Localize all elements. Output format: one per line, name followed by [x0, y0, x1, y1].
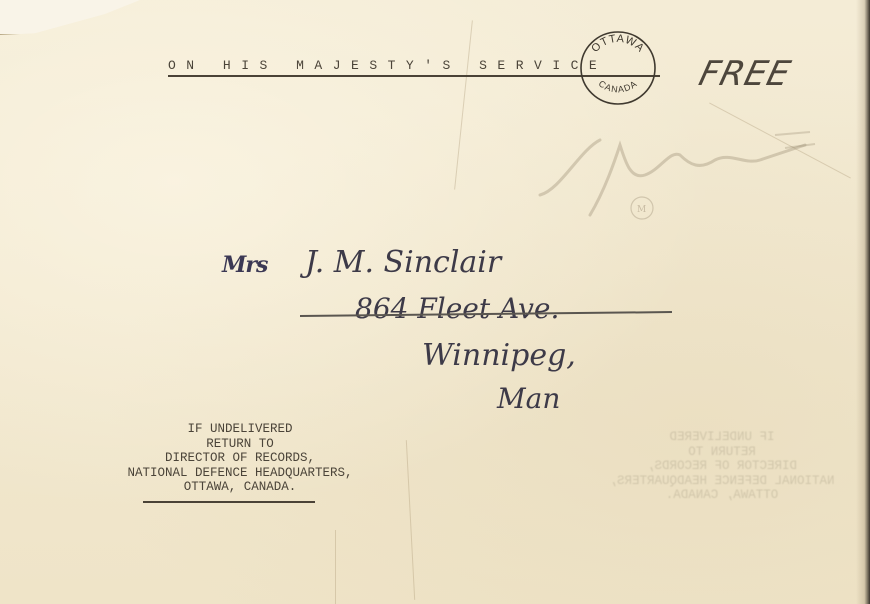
postmark-bottom-text: CANADA — [597, 78, 639, 94]
ghost-line: RETURN TO — [592, 445, 852, 460]
return-line: RETURN TO — [95, 437, 385, 452]
addressee-province: Man — [497, 382, 560, 415]
crease — [406, 440, 415, 600]
addressee-name: J. M. Sinclair — [305, 245, 501, 280]
addressee-city: Winnipeg, — [422, 338, 576, 373]
envelope-edge — [856, 0, 870, 604]
ghost-line: NATIONAL DEFENCE HEADQUARTERS, — [592, 474, 852, 489]
bleed-through-return-address: IF UNDELIVERED RETURN TO DIRECTOR OF REC… — [592, 430, 852, 503]
envelope: ON HIS MAJESTY'S SERVICE OTTAWA CANADA F… — [0, 0, 870, 604]
postmark-top-text: OTTAWA — [589, 33, 646, 55]
svg-text:CANADA: CANADA — [597, 78, 639, 94]
addressee-title: Mrs — [222, 252, 267, 278]
return-line: IF UNDELIVERED — [95, 422, 385, 437]
return-line: NATIONAL DEFENCE HEADQUARTERS, — [95, 466, 385, 481]
seal-text: M — [637, 205, 646, 215]
franking-free: FREE — [695, 54, 795, 94]
ghost-line: IF UNDELIVERED — [592, 430, 852, 445]
torn-flap — [0, 0, 140, 35]
return-address-underline — [143, 501, 315, 503]
crease — [335, 530, 336, 604]
svg-text:OTTAWA: OTTAWA — [589, 33, 646, 55]
ghost-line: DIRECTOR OF RECORDS, — [592, 459, 852, 474]
return-address: IF UNDELIVERED RETURN TO DIRECTOR OF REC… — [95, 422, 385, 495]
addressee-street-struck: 864 Fleet Ave. — [355, 292, 559, 325]
faint-signature: M — [520, 120, 820, 230]
return-line: OTTAWA, CANADA. — [95, 480, 385, 495]
ghost-line: OTTAWA, CANADA. — [592, 488, 852, 503]
return-line: DIRECTOR OF RECORDS, — [95, 451, 385, 466]
crease — [454, 20, 473, 189]
postmark-stamp-icon: OTTAWA CANADA — [578, 30, 658, 106]
